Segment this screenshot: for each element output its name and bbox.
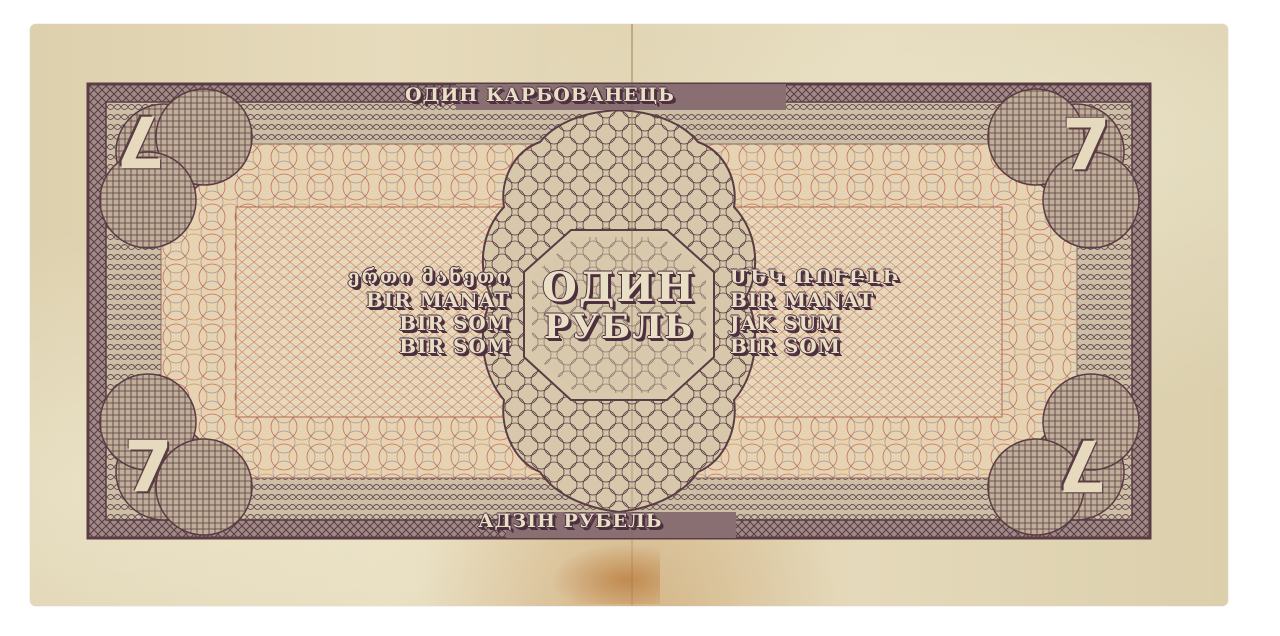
center-denomination-line-1: ОДИН — [524, 268, 714, 308]
right-denomination-line-2: BIR MANAT — [730, 290, 990, 310]
bottom-legend: АДЗІН РУБЕЛЬ — [478, 512, 662, 531]
corner-numeral-bottom-right: 7 — [1058, 430, 1107, 500]
corner-numeral-top-right: 7 — [1062, 110, 1111, 180]
left-denomination-block: ერთი მანეთი BIR MANAT BIR SOM BIR SOM — [262, 268, 510, 359]
corner-numeral-bottom-left: 7 — [124, 432, 173, 502]
corner-numeral-top-left: 7 — [116, 106, 165, 176]
center-denomination-line-2: РУБЛЬ — [524, 310, 714, 344]
center-denomination: ОДИН РУБЛЬ — [524, 268, 714, 344]
right-denomination-line-3: JAK SUM — [730, 313, 990, 333]
top-legend: ОДИН КАРБОВАНЕЦЬ — [405, 86, 675, 105]
left-denomination-line-3: BIR SOM — [262, 313, 510, 333]
armenian-denomination: ՄԵԿ ՌՈՒԲԼԻ — [730, 268, 990, 287]
right-denomination-block: ՄԵԿ ՌՈՒԲԼԻ BIR MANAT JAK SUM BIR SOM — [730, 268, 990, 359]
georgian-denomination: ერთი მანეთი — [262, 268, 510, 287]
left-denomination-line-4: BIR SOM — [262, 336, 510, 356]
right-denomination-line-4: BIR SOM — [730, 336, 990, 356]
rust-stain — [550, 544, 660, 604]
left-denomination-line-2: BIR MANAT — [262, 290, 510, 310]
